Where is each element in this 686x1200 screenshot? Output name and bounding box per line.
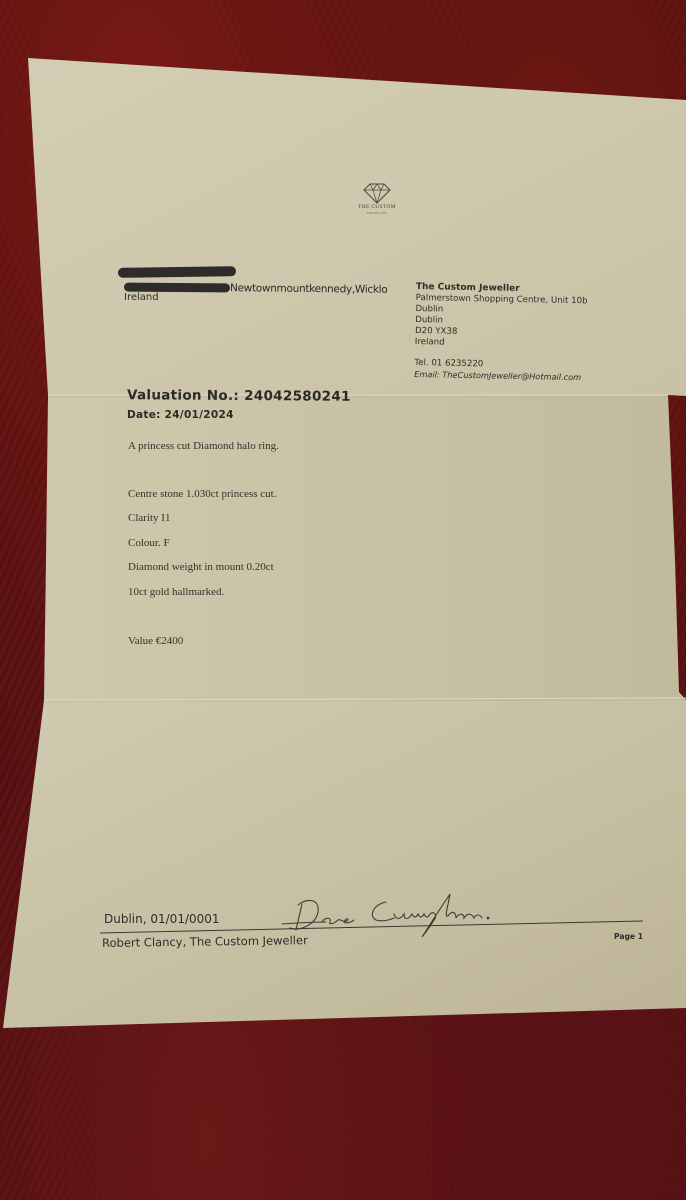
recipient-address: Newtownmountkennedy,Wicklo	[230, 282, 388, 296]
page-number: Page 1	[614, 932, 643, 941]
footer-place-date: Dublin, 01/01/0001	[104, 912, 220, 926]
footer-signatory: Robert Clancy, The Custom Jeweller	[102, 933, 308, 950]
valuation-number: Valuation No.: 24042580241	[127, 387, 351, 405]
detail-line: Diamond weight in mount 0.20ct	[128, 561, 274, 573]
folded-paper	[0, 0, 686, 1200]
valuation-value: Value €2400	[128, 635, 183, 647]
redacted-name	[118, 266, 236, 278]
diamond-icon	[362, 182, 392, 204]
company-address-block: The Custom Jeweller Palmerstown Shopping…	[414, 282, 588, 383]
detail-line: Clarity I1	[128, 512, 170, 524]
logo-subtext: JEWELLER	[352, 210, 402, 216]
item-description: A princess cut Diamond halo ring.	[128, 440, 279, 452]
detail-line: Centre stone 1.030ct princess cut.	[128, 488, 276, 500]
recipient-country: Ireland	[124, 292, 159, 303]
valuation-date: Date: 24/01/2024	[127, 409, 234, 421]
company-logo: THE CUSTOM JEWELLER	[352, 182, 402, 216]
detail-line: Colour. F	[128, 537, 170, 549]
handwritten-signature	[278, 890, 518, 950]
photo-stage: THE CUSTOM JEWELLER Newtownmountkennedy,…	[0, 0, 686, 1200]
redacted-address	[124, 283, 230, 293]
detail-line: 10ct gold hallmarked.	[128, 586, 224, 598]
